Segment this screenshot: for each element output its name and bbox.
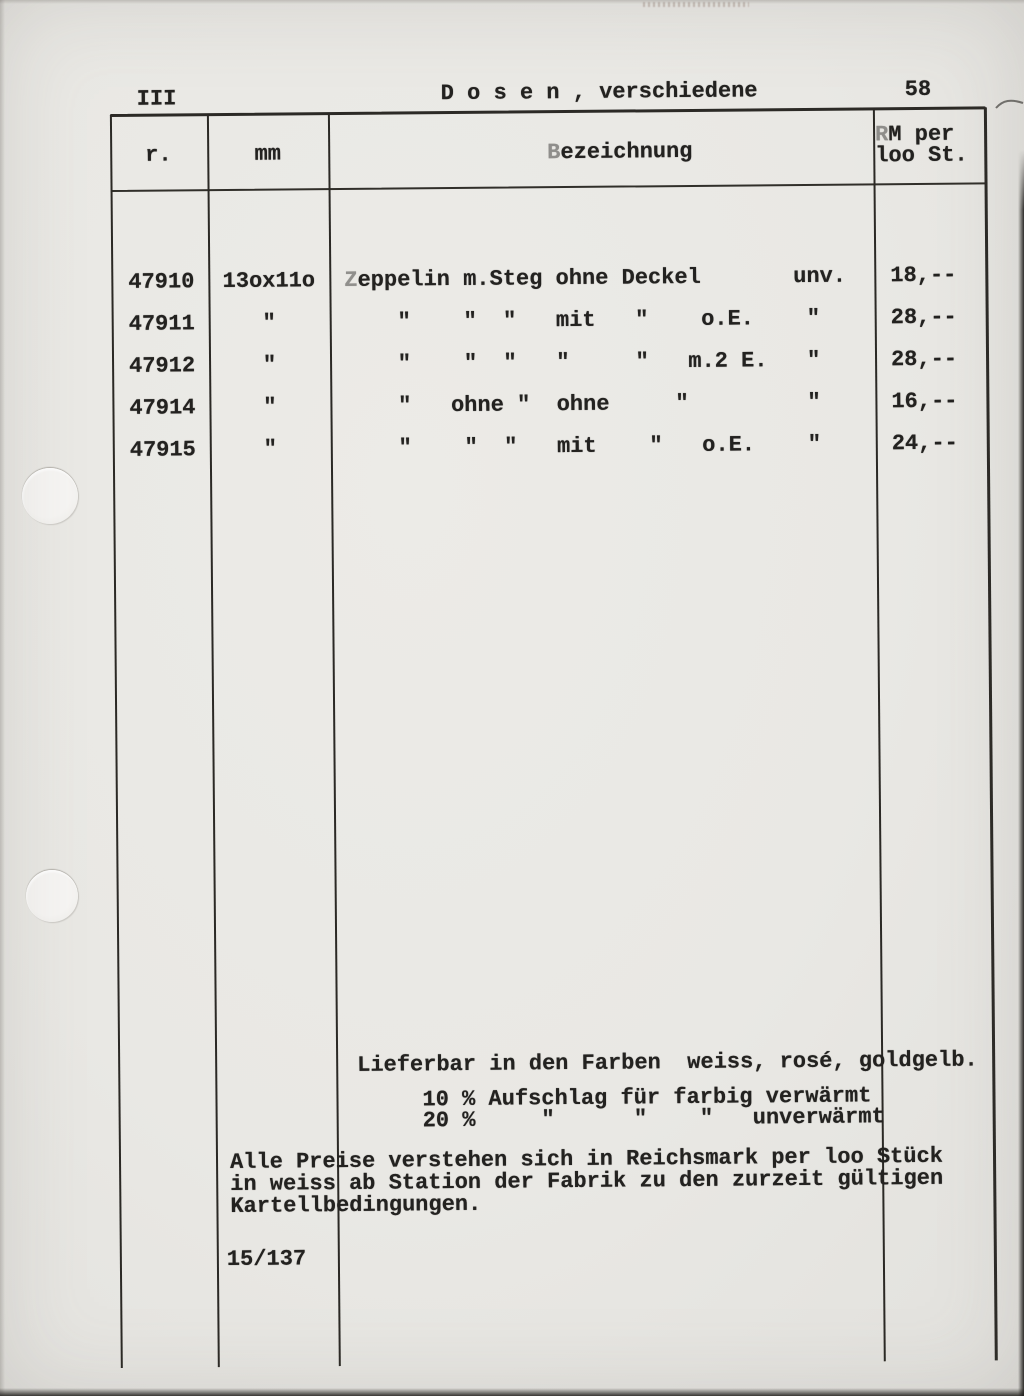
article-number: 47915 (130, 439, 196, 462)
conditions-note-line3: Kartellbedingungen. (230, 1194, 481, 1218)
footer-reference: 15/137 (227, 1248, 306, 1271)
column-header-price-line2: loo St. (875, 145, 968, 168)
table-border-col-nr (207, 114, 220, 1367)
size-mm: 13ox11o (208, 270, 329, 293)
size-mm: " (210, 438, 331, 461)
price: 16,-- (891, 391, 957, 414)
table-border-right (984, 107, 997, 1360)
section-label: III (137, 88, 177, 110)
table-row: 47914 " " ohne " ohne " " 16,-- (0, 390, 1021, 399)
description: " " " mit " o.E. " (345, 308, 820, 334)
pen-mark (995, 97, 1024, 112)
article-number: 47910 (128, 271, 194, 294)
punch-hole-top (22, 468, 78, 524)
column-header-nr: r. (145, 144, 172, 166)
scan-edge-left (0, 0, 5, 1396)
table-row: 47915 " " " " mit " o.E. " 24,-- (0, 432, 1022, 441)
table-header-rule (111, 182, 987, 192)
price: 18,-- (890, 265, 956, 288)
price: 24,-- (892, 433, 958, 456)
surcharge-note-line2: 20 % " " " unverwärmt (423, 1106, 885, 1132)
scan-edge-bottom (0, 1388, 1024, 1396)
price: 28,-- (891, 349, 957, 372)
conditions-note-line2: in weiss ab Station der Fabrik zu den zu… (230, 1168, 943, 1196)
table-border-left (110, 115, 123, 1368)
price: 28,-- (891, 307, 957, 330)
size-mm: " (209, 396, 330, 419)
page-title: D o s e n , verschiedene (441, 80, 758, 105)
available-colors-note: Lieferbar in den Farben weiss, rosé, gol… (357, 1049, 978, 1076)
size-mm: " (209, 354, 330, 377)
table-row: 47912 " " " " " " m.2 E. " 28,-- (0, 348, 1021, 357)
table-row: 47910 13ox11o Zeppelin m.Steg ohne Decke… (0, 264, 1020, 273)
size-mm: " (209, 312, 330, 335)
description: " " " " " m.2 E. " (345, 350, 820, 376)
description: " ohne " ohne " " (345, 392, 820, 418)
article-number: 47912 (129, 355, 195, 378)
article-number: 47911 (129, 313, 195, 336)
scan-edge-right (1018, 150, 1024, 1396)
scanned-price-list-page: III D o s e n , verschiedene 58 r. mm Be… (0, 0, 1024, 1396)
scan-edge-top (0, 0, 1024, 4)
column-header-bezeichnung: Bezeichnung (547, 141, 692, 164)
article-number: 47914 (129, 397, 195, 420)
punch-hole-bottom (26, 870, 78, 922)
scan-content: III D o s e n , verschiedene 58 r. mm Be… (0, 0, 1024, 1396)
description: Zeppelin m.Steg ohne Deckel unv. (344, 266, 846, 292)
page-number: 58 (905, 79, 932, 101)
description: " " " mit " o.E. " (346, 434, 821, 460)
table-top-rule (110, 106, 986, 117)
table-row: 47911 " " " " mit " o.E. " 28,-- (0, 306, 1021, 315)
column-header-mm: mm (207, 143, 328, 166)
